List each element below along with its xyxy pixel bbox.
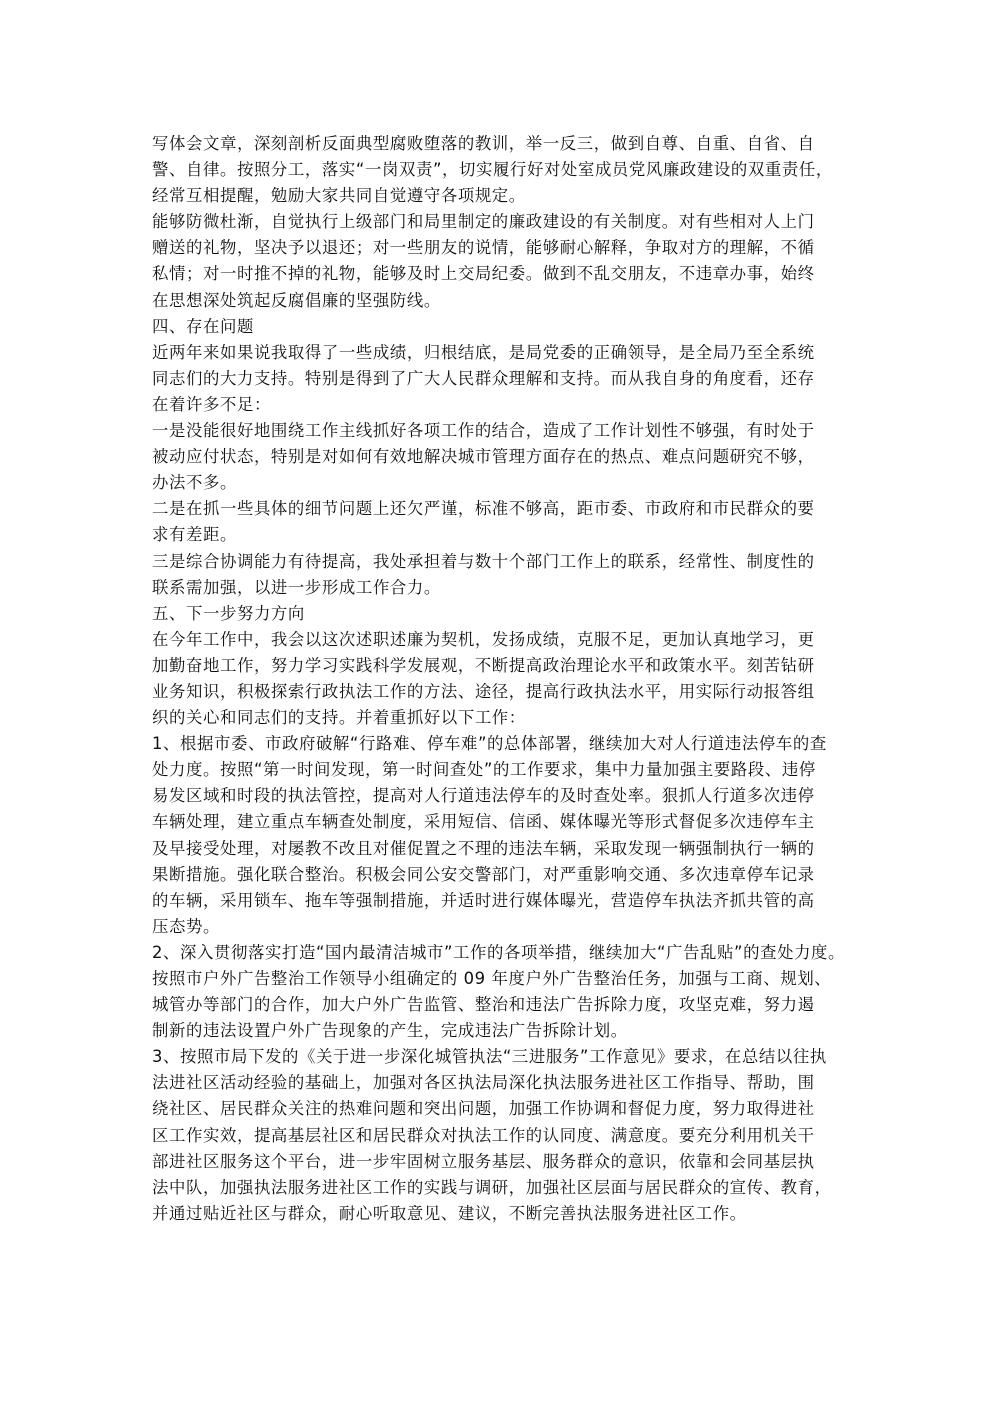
text-line: 能够防微杜渐，自觉执行上级部门和局里制定的廉政建设的有关制度。对有些相对人上门	[152, 209, 872, 235]
text-line: 1、根据市委、市政府破解“行路难、停车难”的总体部署，继续加大对人行道违法停车的…	[152, 731, 872, 757]
text-line: 四、存在问题	[152, 314, 872, 340]
text-line: 织的关心和同志们的支持。并着重抓好以下工作：	[152, 705, 872, 731]
text-line: 城管办等部门的合作，加大户外广告监管、整治和违法广告拆除力度，攻坚克难，努力遏	[152, 992, 872, 1018]
paragraph-problem-3: 三是综合协调能力有待提高，我处承担着与数十个部门工作上的联系，经常性、制度性的联…	[152, 549, 872, 601]
section-heading-next-steps: 五、下一步努力方向	[152, 601, 872, 627]
text-line: 车辆处理，建立重点车辆查处制度，采用短信、信函、媒体曝光等形式督促多次违停车主	[152, 809, 872, 835]
text-line: 经常互相提醒，勉励大家共同自觉遵守各项规定。	[152, 183, 872, 209]
text-line: 业务知识，积极探索行政执法工作的方法、途径，提高行政执法水平，用实际行动报答组	[152, 679, 872, 705]
text-line: 法中队，加强执法服务进社区工作的实践与调研，加强社区层面与居民群众的宣传、教育，	[152, 1175, 872, 1201]
document-body: 写体会文章，深刻剖析反面典型腐败堕落的教训，举一反三，做到自尊、自重、自省、自警…	[152, 131, 872, 1227]
text-line: 的车辆，采用锁车、拖车等强制措施，并适时进行媒体曝光，营造停车执法齐抓共管的高	[152, 888, 872, 914]
paragraph-task-2: 2、深入贯彻落实打造“国内最清洁城市”工作的各项举措，继续加大“广告乱贴”的查处…	[152, 940, 872, 1044]
paragraph-prevention: 能够防微杜渐，自觉执行上级部门和局里制定的廉政建设的有关制度。对有些相对人上门赠…	[152, 209, 872, 313]
text-line: 区工作实效，提高基层社区和居民群众对执法工作的认同度、满意度。要充分利用机关干	[152, 1123, 872, 1149]
text-line: 求有差距。	[152, 522, 872, 548]
paragraph-task-1: 1、根据市委、市政府破解“行路难、停车难”的总体部署，继续加大对人行道违法停车的…	[152, 731, 872, 940]
paragraph-next-intro: 在今年工作中，我会以这次述职述廉为契机，发扬成绩，克服不足，更加认真地学习，更加…	[152, 627, 872, 731]
text-line: 联系需加强，以进一步形成工作合力。	[152, 575, 872, 601]
text-line: 按照市户外广告整治工作领导小组确定的 09 年度户外广告整治任务，加强与工商、规…	[152, 966, 872, 992]
paragraph-problem-1: 一是没能很好地围绕工作主线抓好各项工作的结合，造成了工作计划性不够强，有时处于被…	[152, 418, 872, 496]
text-line: 2、深入贯彻落实打造“国内最清洁城市”工作的各项举措，继续加大“广告乱贴”的查处…	[152, 940, 872, 966]
document-page: 写体会文章，深刻剖析反面典型腐败堕落的教训，举一反三，做到自尊、自重、自省、自警…	[0, 0, 1000, 1415]
text-line: 及早接受处理，对屡教不改且对催促置之不理的违法车辆，采取发现一辆强制执行一辆的	[152, 836, 872, 862]
text-line: 办法不多。	[152, 470, 872, 496]
text-line: 处力度。按照“第一时间发现，第一时间查处”的工作要求，集中力量加强主要路段、违停	[152, 757, 872, 783]
text-line: 同志们的大力支持。特别是得到了广大人民群众理解和支持。而从我自身的角度看，还存	[152, 366, 872, 392]
text-line: 部进社区服务这个平台，进一步牢固树立服务基层、服务群众的意识，依靠和会同基层执	[152, 1149, 872, 1175]
paragraph-self-discipline: 写体会文章，深刻剖析反面典型腐败堕落的教训，举一反三，做到自尊、自重、自省、自警…	[152, 131, 872, 209]
text-line: 在今年工作中，我会以这次述职述廉为契机，发扬成绩，克服不足，更加认真地学习，更	[152, 627, 872, 653]
text-line: 写体会文章，深刻剖析反面典型腐败堕落的教训，举一反三，做到自尊、自重、自省、自	[152, 131, 872, 157]
text-line: 五、下一步努力方向	[152, 601, 872, 627]
text-line: 在着许多不足：	[152, 392, 872, 418]
text-line: 并通过贴近社区与群众，耐心听取意见、建议，不断完善执法服务进社区工作。	[152, 1201, 872, 1227]
paragraph-problem-2: 二是在抓一些具体的细节问题上还欠严谨，标准不够高，距市委、市政府和市民群众的要求…	[152, 496, 872, 548]
text-line: 三是综合协调能力有待提高，我处承担着与数十个部门工作上的联系，经常性、制度性的	[152, 549, 872, 575]
paragraph-problems-intro: 近两年来如果说我取得了一些成绩，归根结底，是局党委的正确领导，是全局乃至全系统同…	[152, 340, 872, 418]
text-line: 赠送的礼物，坚决予以退还；对一些朋友的说情，能够耐心解释，争取对方的理解，不循	[152, 235, 872, 261]
text-line: 压态势。	[152, 914, 872, 940]
text-line: 一是没能很好地围绕工作主线抓好各项工作的结合，造成了工作计划性不够强，有时处于	[152, 418, 872, 444]
text-line: 被动应付状态，特别是对如何有效地解决城市管理方面存在的热点、难点问题研究不够，	[152, 444, 872, 470]
text-line: 法进社区活动经验的基础上，加强对各区执法局深化执法服务进社区工作指导、帮助，围	[152, 1070, 872, 1096]
text-line: 加勤奋地工作，努力学习实践科学发展观，不断提高政治理论水平和政策水平。刻苦钻研	[152, 653, 872, 679]
text-line: 警、自律。按照分工，落实“一岗双责”，切实履行好对处室成员党风廉政建设的双重责任…	[152, 157, 872, 183]
text-line: 绕社区、居民群众关注的热难问题和突出问题，加强工作协调和督促力度，努力取得进社	[152, 1096, 872, 1122]
text-line: 私情；对一时推不掉的礼物，能够及时上交局纪委。做到不乱交朋友，不违章办事，始终	[152, 261, 872, 287]
text-line: 果断措施。强化联合整治。积极会同公安交警部门，对严重影响交通、多次违章停车记录	[152, 862, 872, 888]
text-line: 二是在抓一些具体的细节问题上还欠严谨，标准不够高，距市委、市政府和市民群众的要	[152, 496, 872, 522]
text-line: 在思想深处筑起反腐倡廉的坚强防线。	[152, 288, 872, 314]
text-line: 易发区域和时段的执法管控，提高对人行道违法停车的及时查处率。狠抓人行道多次违停	[152, 783, 872, 809]
text-line: 3、按照市局下发的《关于进一步深化城管执法“三进服务”工作意见》要求，在总结以往…	[152, 1044, 872, 1070]
paragraph-task-3: 3、按照市局下发的《关于进一步深化城管执法“三进服务”工作意见》要求，在总结以往…	[152, 1044, 872, 1227]
text-line: 近两年来如果说我取得了一些成绩，归根结底，是局党委的正确领导，是全局乃至全系统	[152, 340, 872, 366]
text-line: 制新的违法设置户外广告现象的产生，完成违法广告拆除计划。	[152, 1018, 872, 1044]
section-heading-problems: 四、存在问题	[152, 314, 872, 340]
